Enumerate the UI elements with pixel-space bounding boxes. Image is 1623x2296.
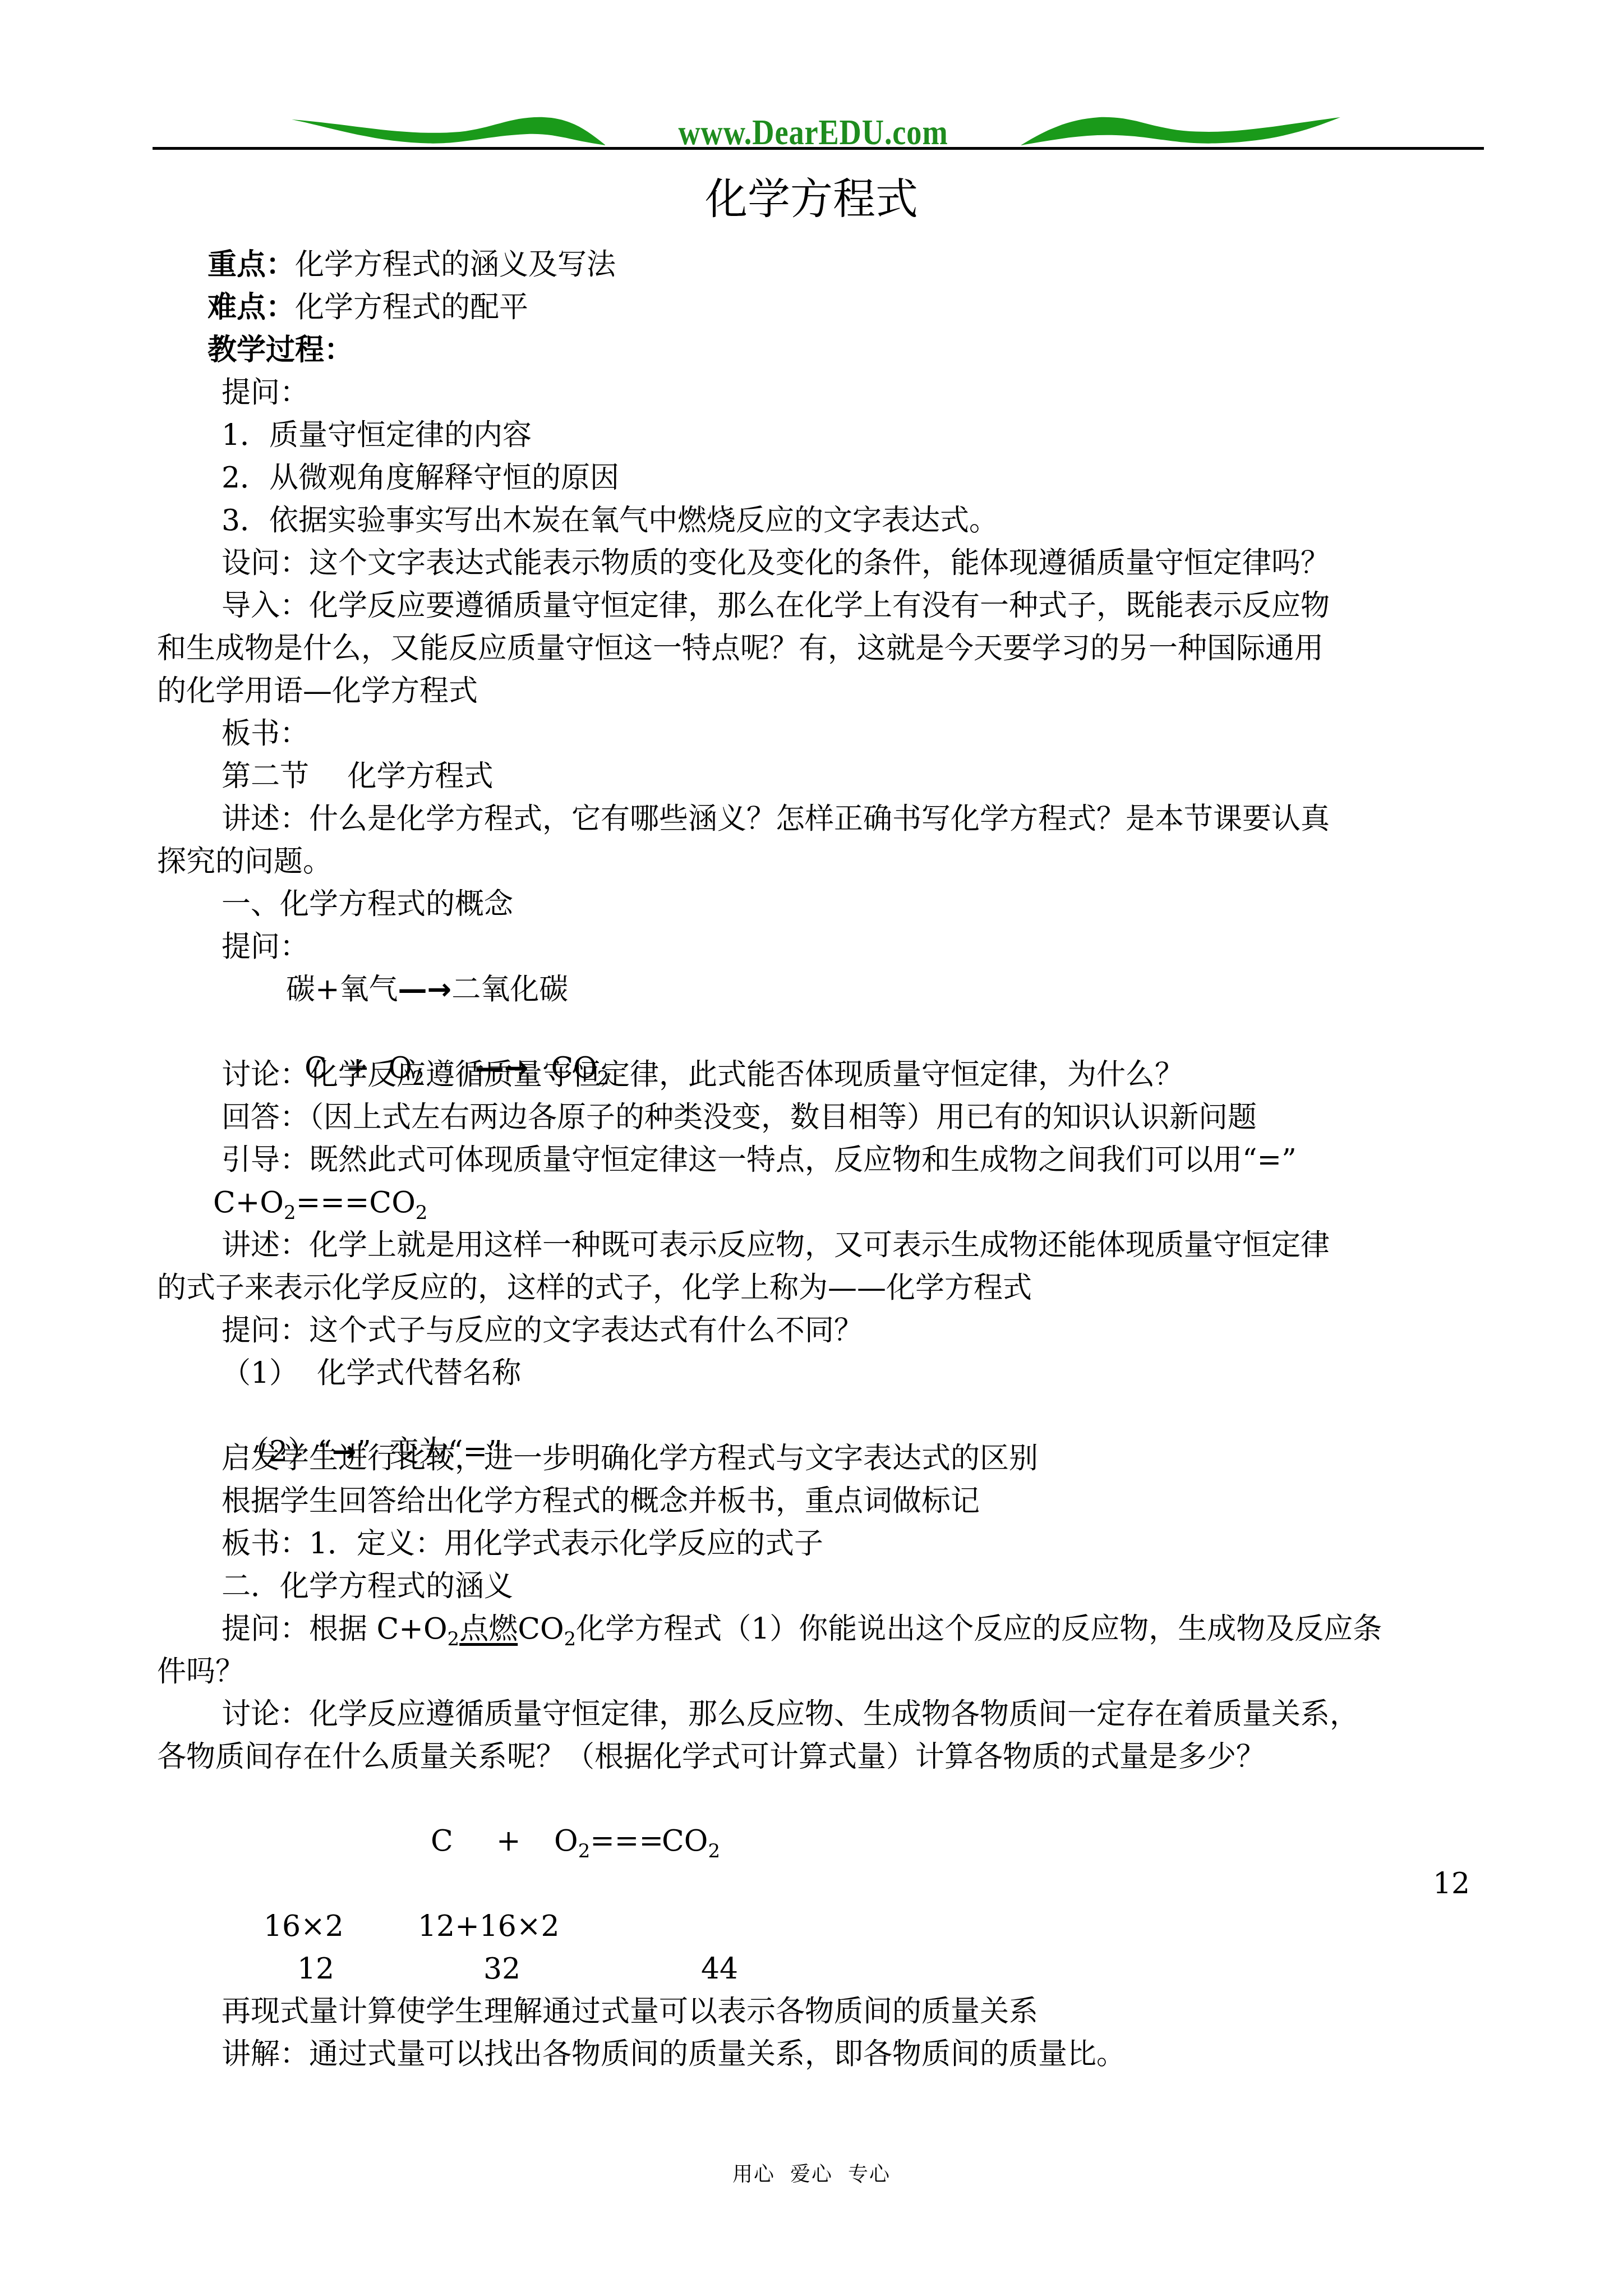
section-heading: 第二节 化学方程式 [222,758,494,794]
subscript: 2 [284,1202,296,1224]
page-title: 化学方程式 [0,171,1623,227]
paragraph: 和生成物是什么，又能反应质量守恒这一特点呢？有，这就是今天要学习的另一种国际通用 [157,631,1324,666]
paragraph: 设问：这个文字表达式能表示物质的变化及变化的条件，能体现遵循质量守恒定律吗？ [222,545,1330,581]
paragraph: 再现式量计算使学生理解通过式量可以表示各物质间的质量关系 [222,1994,1038,2030]
subscript: 2 [448,1628,460,1650]
paragraph-text: 提问：根据 C+O [222,1612,448,1646]
paragraph: 导入：化学反应要遵循质量守恒定律，那么在化学上有没有一种式子，既能表示反应物 [222,588,1330,624]
paragraph: 讲述：化学上就是用这样一种既可表示反应物，又可表示生成物还能体现质量守恒定律 [222,1227,1330,1263]
paragraph: 回答：（因上式左右两边各原子的种类没变，数目相等）用已有的知识认识新问题 [222,1099,1257,1135]
logo-right-wave-icon [1021,115,1340,148]
difficulty-label: 难点： [208,290,295,324]
paragraph: 讲解：通过式量可以找出各物质间的质量关系，即各物质间的质量比。 [222,2036,1126,2072]
difficulty-text: 化学方程式的配平 [295,291,528,324]
paragraph: 提问： [222,929,309,965]
paragraph-text: 化学方程式（1）你能说出这个反应的反应物，生成物及反应条 [576,1612,1382,1646]
eq-o: O [554,1824,578,1858]
formula-product: ===CO [296,1186,416,1220]
paragraph: 提问：这个式子与反应的文字表达式有什么不同？ [222,1313,863,1349]
paragraph: 板书：1．定义：用化学式表示化学反应的式子 [222,1526,823,1562]
focus-text: 化学方程式的涵义及写法 [295,248,616,282]
word-equation: 碳+氧气—→二氧化碳 [286,972,568,1007]
subscript: 2 [578,1840,591,1862]
paragraph: 启发学生进行比较，进一步明确化学方程式与文字表达式的区别 [222,1441,1038,1476]
paragraph: 的化学用语—化学方程式 [157,673,478,709]
mass-co2-formula: 12+16×2 [418,1908,560,1944]
site-logo: www.DearEDU.com [292,115,1340,148]
difficulty-line: 难点：化学方程式的配平 [208,289,528,325]
eq-co2: CO2 [662,1823,720,1859]
paragraph: 件吗？ [157,1654,245,1690]
paragraph: 各物质间存在什么质量关系呢？（根据化学式可计算式量）计算各物质的式量是多少？ [157,1739,1265,1775]
product-words: 二氧化碳 [451,973,568,1006]
reaction-arrow-icon: —→ [398,973,452,1006]
eq-c: C [431,1823,453,1859]
mass-o2-formula: 16×2 [264,1908,344,1944]
subscript: 2 [416,1202,428,1224]
paragraph: 讨论：化学反应遵循质量守恒定律，那么反应物、生成物各物质间一定存在着质量关系， [222,1696,1359,1732]
eq-plus: + [496,1823,521,1859]
balanced-equation: C+O2===CO2 [213,1185,427,1221]
formula-product: CO [518,1612,564,1646]
paragraph: 提问： [222,375,309,411]
mass-co2: 44 [701,1951,738,1987]
paragraph: 1．质量守恒定律的内容 [222,417,532,453]
section-heading: 一、化学方程式的概念 [222,886,513,922]
section-heading: 二．化学方程式的涵义 [222,1568,513,1604]
reaction-condition: 点燃 [459,1612,518,1646]
focus-line: 重点：化学方程式的涵义及写法 [208,247,616,283]
eq-o2: O2=== [554,1823,663,1859]
paragraph: 提问：根据 C+O2点燃CO2化学方程式（1）你能说出这个反应的反应物，生成物及… [222,1611,1382,1647]
paragraph: 根据学生回答给出化学方程式的概念并板书，重点词做标记 [222,1483,980,1519]
subscript: 2 [708,1840,720,1862]
logo-left-wave-icon [292,115,606,148]
process-heading: 教学过程： [208,332,353,368]
mass-c: 12 [297,1951,334,1987]
list-item: （1） 化学式代替名称 [222,1355,521,1391]
eq-co: CO [662,1824,708,1858]
mass-c-formula: 12 [1433,1866,1470,1902]
focus-label: 重点： [208,247,295,282]
subscript: 2 [564,1628,577,1650]
formula-reactants: C+O [213,1186,284,1220]
paragraph: 板书： [222,716,309,752]
paragraph: 讲述：什么是化学方程式，它有哪些涵义？怎样正确书写化学方程式？是本节课要认真 [222,801,1330,837]
paragraph: 引导：既然此式可体现质量守恒定律这一特点，反应物和生成物之间我们可以用“=” [222,1142,1297,1178]
paragraph: 探究的问题。 [157,844,332,880]
paragraph: 讨论：化学反应遵循质量守恒定律，此式能否体现质量守恒定律，为什么？ [222,1057,1184,1093]
paragraph: 2．从微观角度解释守恒的原因 [222,460,619,496]
reactants-words: 碳+氧气 [286,973,398,1006]
header-divider [153,147,1484,150]
eq-equals: === [590,1824,663,1858]
paragraph: 3．依据实验事实写出木炭在氧气中燃烧反应的文字表达式。 [222,503,998,539]
mass-o2: 32 [483,1951,520,1987]
page-footer: 用心 爱心 专心 [0,2159,1623,2187]
paragraph: 的式子来表示化学反应的，这样的式子，化学上称为——化学方程式 [157,1270,1032,1306]
